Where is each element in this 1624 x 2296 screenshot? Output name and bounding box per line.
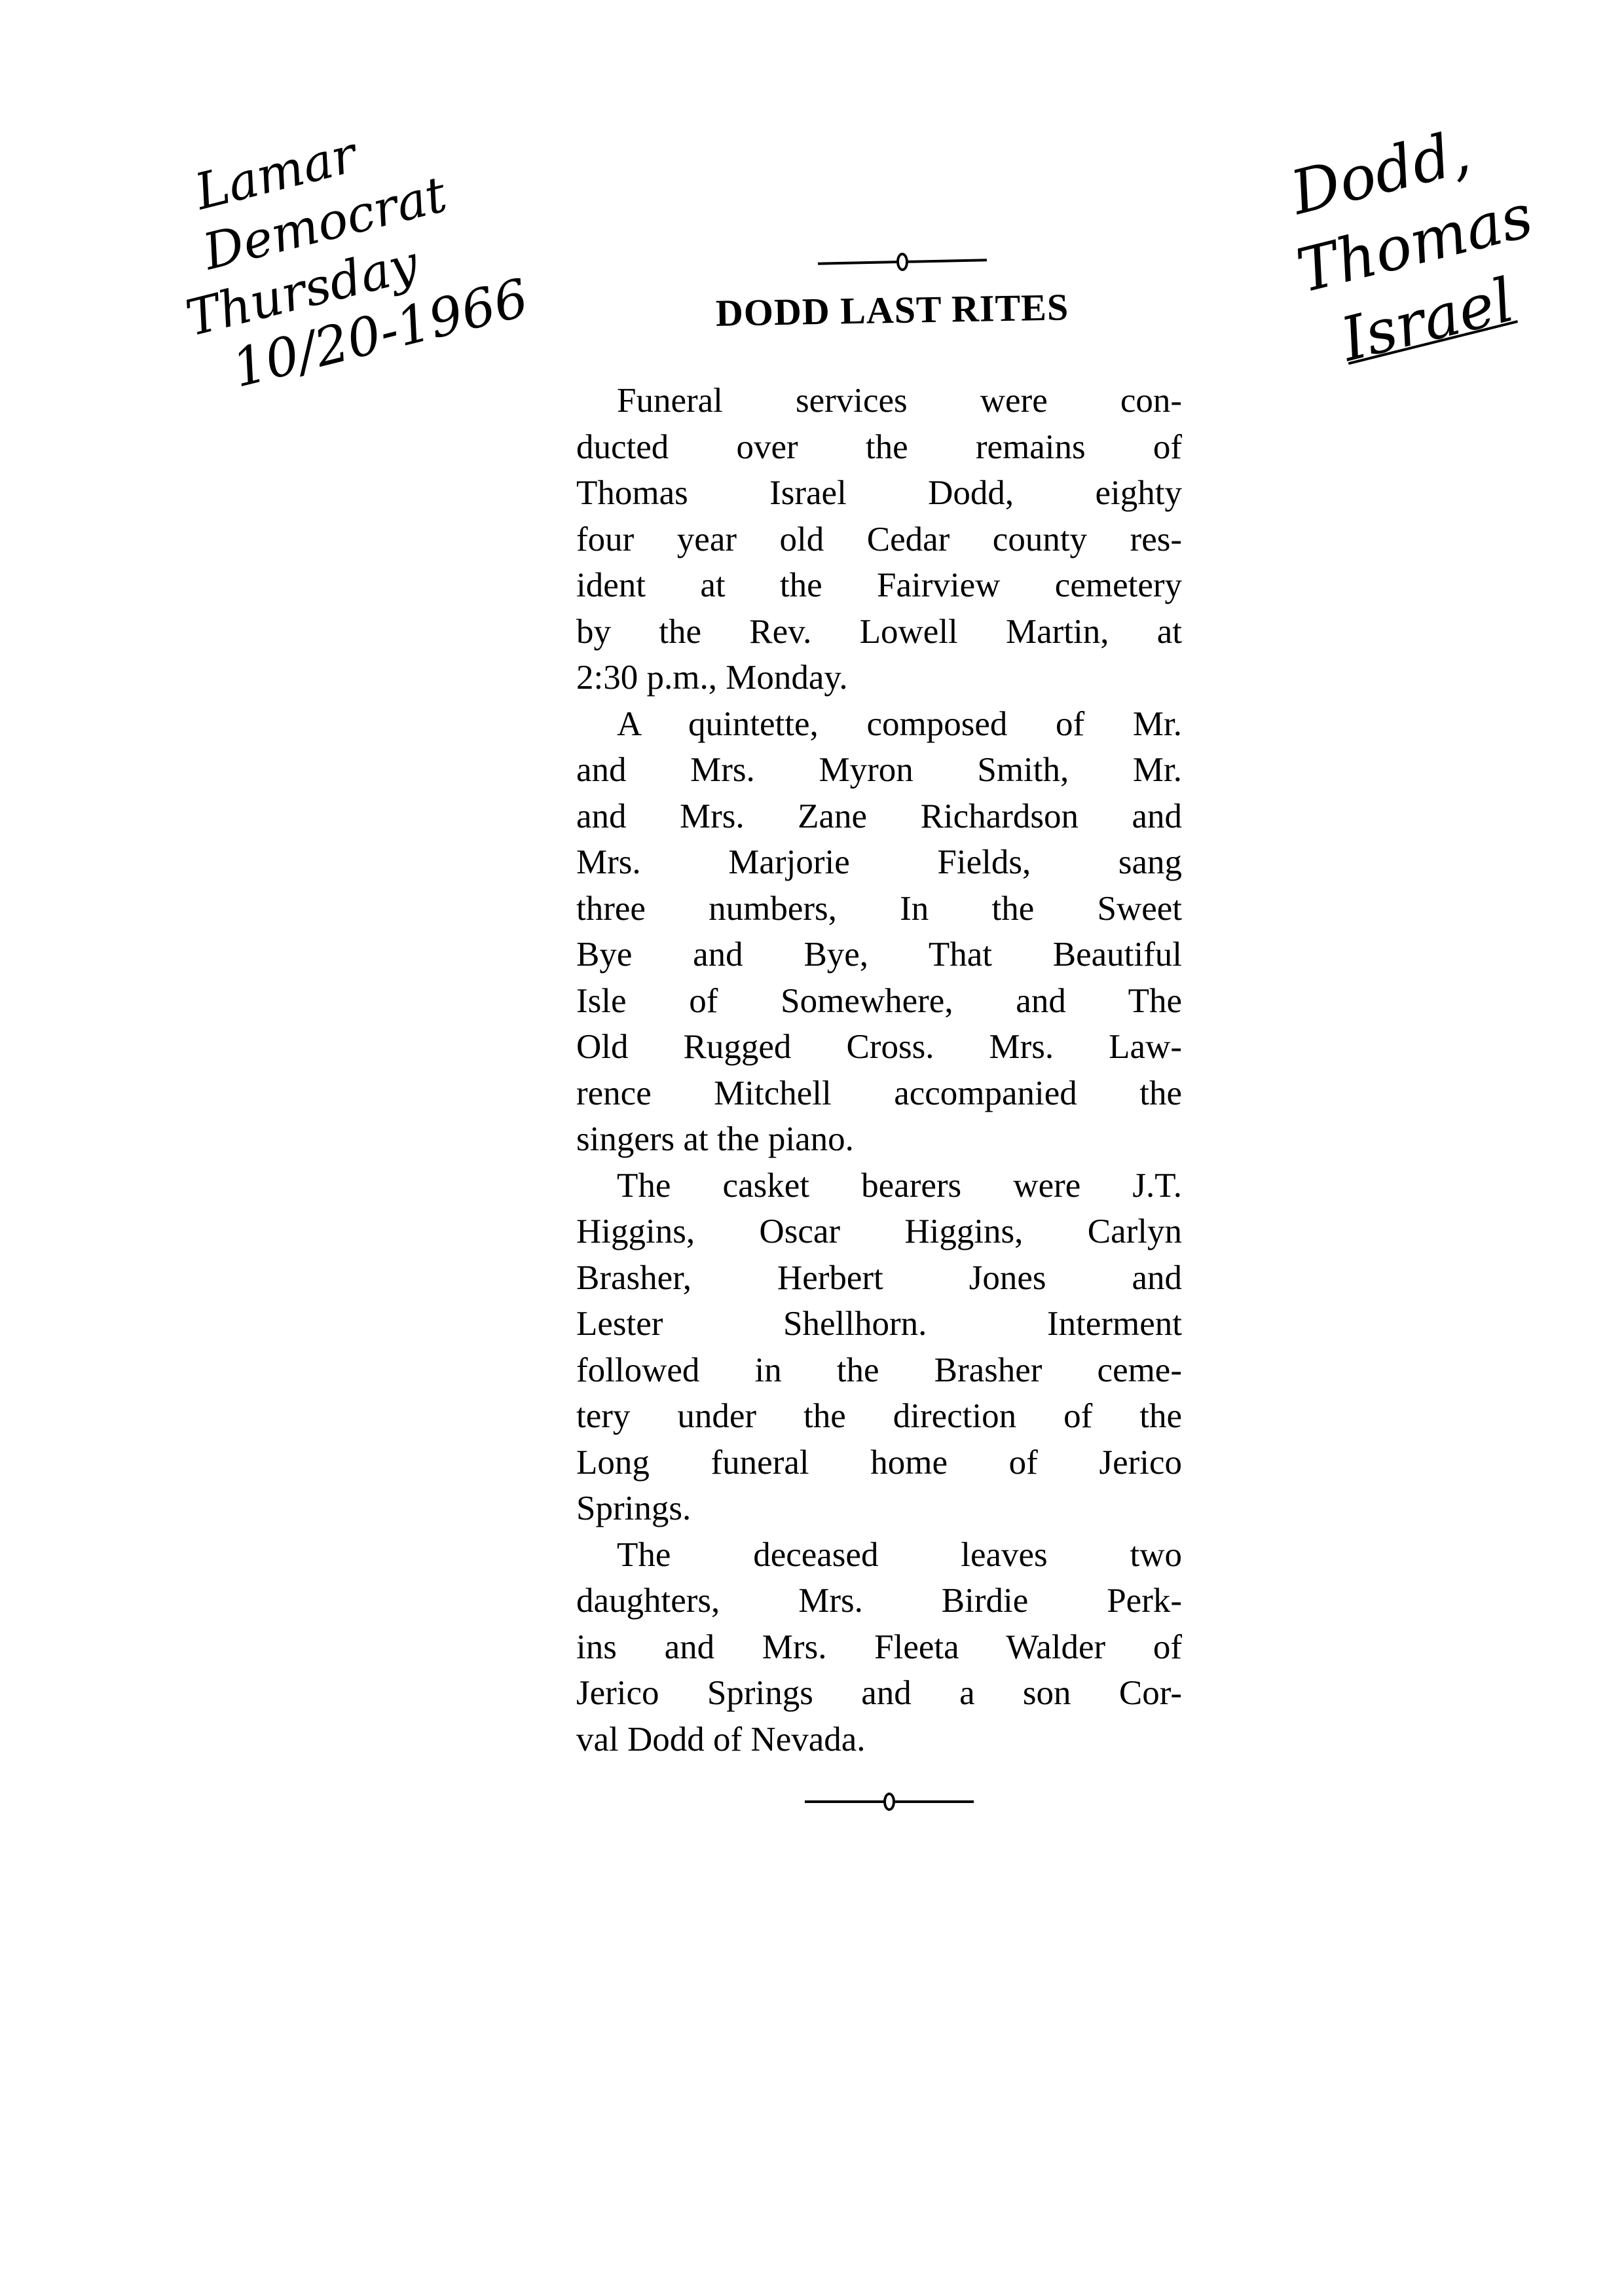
obituary-clipping: DODD LAST RITES Funeral services were co… bbox=[576, 249, 1182, 1815]
article-line: daughters, Mrs. Birdie Perk- bbox=[576, 1578, 1182, 1624]
article-line: Higgins, Oscar Higgins, Carlyn bbox=[576, 1209, 1182, 1255]
divider-rule-right bbox=[908, 259, 986, 263]
article-line: Jerico Springs and a son Cor- bbox=[576, 1670, 1182, 1717]
article-line: val Dodd of Nevada. bbox=[576, 1717, 1182, 1763]
article-line: rence Mitchell accompanied the bbox=[576, 1070, 1182, 1117]
article-line: and Mrs. Myron Smith, Mr. bbox=[576, 747, 1182, 793]
article-paragraph: Funeral services were con-ducted over th… bbox=[576, 378, 1182, 701]
article-line: The deceased leaves two bbox=[576, 1532, 1182, 1578]
divider-rule-left bbox=[817, 261, 896, 265]
article-line: A quintette, composed of Mr. bbox=[576, 701, 1182, 748]
article-headline: DODD LAST RITES bbox=[602, 283, 1182, 337]
article-line: Long funeral home of Jerico bbox=[576, 1440, 1182, 1486]
article-line: Isle of Somewhere, and The bbox=[576, 978, 1182, 1025]
handwritten-name-note: Dodd, Thomas Israel bbox=[1283, 102, 1559, 382]
article-line: Old Rugged Cross. Mrs. Law- bbox=[576, 1024, 1182, 1070]
article-line: ducted over the remains of bbox=[576, 424, 1182, 471]
article-line: Lester Shellhorn. Interment bbox=[576, 1301, 1182, 1347]
article-line: four year old Cedar county res- bbox=[576, 517, 1182, 563]
article-line: singers at the piano. bbox=[576, 1116, 1182, 1163]
handwritten-source-note: Lamar Democrat Thursday 10/20-1966 bbox=[164, 92, 534, 404]
article-paragraph: The casket bearers were J.T.Higgins, Osc… bbox=[576, 1163, 1182, 1532]
article-line: and Mrs. Zane Richardson and bbox=[576, 793, 1182, 840]
article-line: Mrs. Marjorie Fields, sang bbox=[576, 839, 1182, 886]
article-line: Bye and Bye, That Beautiful bbox=[576, 932, 1182, 978]
article-paragraph: A quintette, composed of Mr.and Mrs. Myr… bbox=[576, 701, 1182, 1163]
top-divider bbox=[622, 243, 1183, 281]
article-body: Funeral services were con-ducted over th… bbox=[576, 378, 1182, 1762]
article-line: tery under the direction of the bbox=[576, 1393, 1182, 1440]
article-paragraph: The deceased leaves twodaughters, Mrs. B… bbox=[576, 1532, 1182, 1763]
article-line: Funeral services were con- bbox=[576, 378, 1182, 424]
article-line: by the Rev. Lowell Martin, at bbox=[576, 609, 1182, 655]
article-line: ins and Mrs. Fleeta Walder of bbox=[576, 1624, 1182, 1671]
divider-rule-right bbox=[895, 1800, 974, 1803]
article-line: followed in the Brasher ceme- bbox=[576, 1347, 1182, 1394]
divider-rule-left bbox=[805, 1800, 883, 1803]
article-line: 2:30 p.m., Monday. bbox=[576, 655, 1182, 701]
article-line: Thomas Israel Dodd, eighty bbox=[576, 470, 1182, 517]
divider-ornament-icon bbox=[896, 253, 908, 271]
article-line: three numbers, In the Sweet bbox=[576, 886, 1182, 932]
bottom-divider bbox=[596, 1789, 1182, 1815]
article-line: Brasher, Herbert Jones and bbox=[576, 1255, 1182, 1302]
divider-ornament-icon bbox=[883, 1793, 895, 1811]
article-line: The casket bearers were J.T. bbox=[576, 1163, 1182, 1209]
article-line: ident at the Fairview cemetery bbox=[576, 562, 1182, 609]
article-line: Springs. bbox=[576, 1485, 1182, 1532]
